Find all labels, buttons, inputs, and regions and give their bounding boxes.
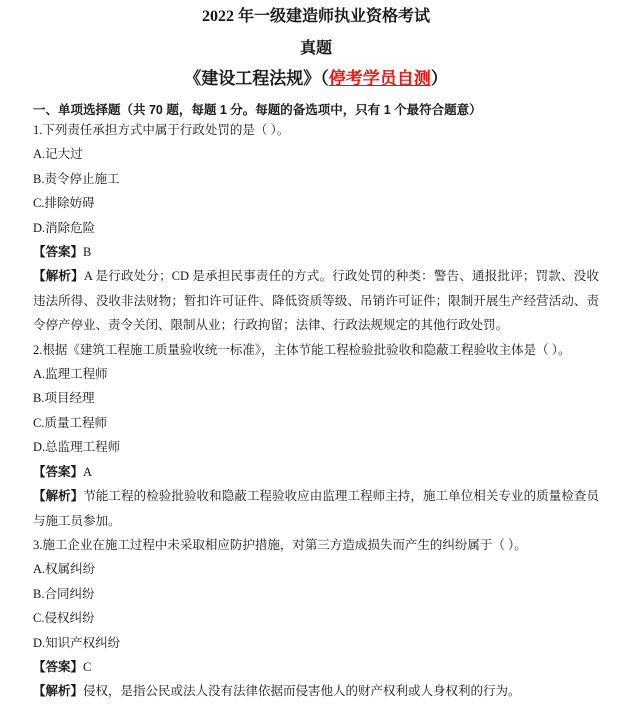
- option-b: B.责令停止施工: [33, 167, 599, 191]
- analysis-line: 【解析】侵权，是指公民或法人没有法律依据而侵害他人的财产权利或人身权利的行为。: [33, 679, 599, 703]
- subject-line: 《建设工程法规》（停考学员自测）: [33, 68, 599, 89]
- analysis-text: 节能工程的检验批验收和隐蔽工程验收应由监理工程师主持，施工单位相关专业的质量检查…: [33, 489, 599, 527]
- option-b: B.合同纠纷: [33, 582, 599, 606]
- analysis-line: 【解析】A 是行政处分；CD 是承担民事责任的方式。行政处罚的种类：警告、通报批…: [33, 264, 599, 337]
- option-c: C.质量工程师: [33, 411, 599, 435]
- analysis-text: A 是行政处分；CD 是承担民事责任的方式。行政处罚的种类：警告、通报批评；罚款…: [33, 269, 599, 332]
- question-stem: 3.施工企业在施工过程中未采取相应防护措施，对第三方造成损失而产生的纠纷属于（ …: [33, 533, 599, 557]
- analysis-label: 【解析】: [33, 489, 83, 503]
- option-c: C.侵权纠纷: [33, 606, 599, 630]
- answer-line: 【答案】B: [33, 240, 599, 264]
- analysis-label: 【解析】: [33, 269, 84, 283]
- answer-label: 【答案】: [33, 465, 83, 479]
- question-stem: 1.下列责任承担方式中属于行政处罚的是（ ）。: [33, 118, 599, 142]
- option-a: A.权属纠纷: [33, 557, 599, 581]
- answer-line: 【答案】C: [33, 655, 599, 679]
- paren-close: ）: [431, 69, 448, 88]
- document-page: 2022 年一级建造师执业资格考试 真题 《建设工程法规》（停考学员自测） 一、…: [0, 0, 632, 726]
- document-subtitle: 真题: [33, 39, 599, 58]
- answer-value: C: [83, 660, 91, 674]
- option-b: B.项目经理: [33, 386, 599, 410]
- answer-value: A: [83, 465, 92, 479]
- option-a: A.记大过: [33, 142, 599, 166]
- answer-line: 【答案】A: [33, 460, 599, 484]
- analysis-line: 【解析】节能工程的检验批验收和隐蔽工程验收应由监理工程师主持，施工单位相关专业的…: [33, 484, 599, 533]
- section-heading: 一、单项选择题（共 70 题，每题 1 分。每题的备选项中，只有 1 个最符合题…: [33, 102, 599, 118]
- analysis-text: 侵权，是指公民或法人没有法律依据而侵害他人的财产权利或人身权利的行为。: [83, 684, 521, 698]
- option-d: D.知识产权纠纷: [33, 631, 599, 655]
- paren-open: （: [320, 69, 329, 88]
- answer-label: 【答案】: [33, 660, 83, 674]
- document-title: 2022 年一级建造师执业资格考试: [33, 7, 599, 26]
- questions-body: 1.下列责任承担方式中属于行政处罚的是（ ）。 A.记大过 B.责令停止施工 C…: [33, 118, 599, 704]
- option-a: A.监理工程师: [33, 362, 599, 386]
- answer-label: 【答案】: [33, 245, 83, 259]
- exam-status-red-text: 停考学员自测: [329, 69, 431, 88]
- analysis-label: 【解析】: [33, 684, 83, 698]
- option-d: D.消除危险: [33, 216, 599, 240]
- answer-value: B: [83, 245, 91, 259]
- option-c: C.排除妨碍: [33, 191, 599, 215]
- subject-name: 《建设工程法规》: [184, 69, 320, 88]
- question-stem: 2.根据《建筑工程施工质量验收统一标准》，主体节能工程检验批验收和隐蔽工程验收主…: [33, 338, 599, 362]
- option-d: D.总监理工程师: [33, 435, 599, 459]
